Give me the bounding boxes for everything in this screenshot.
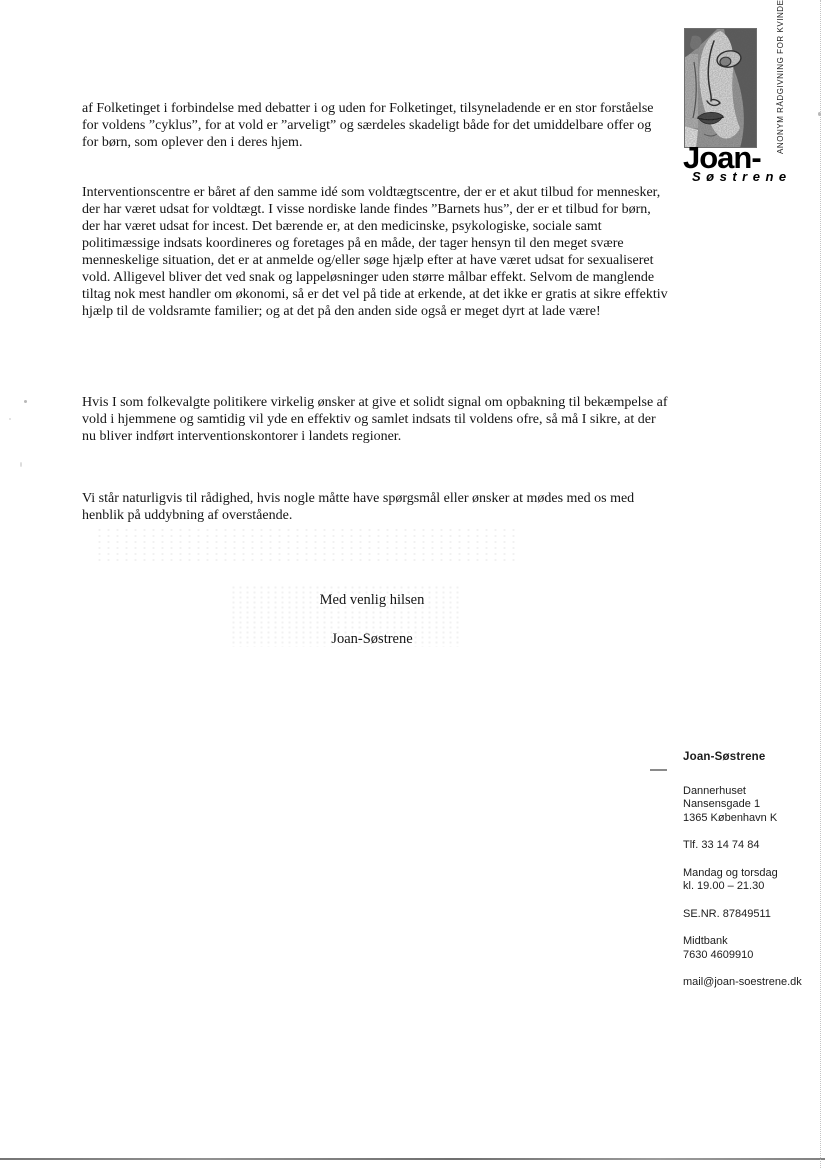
sidebar-address: Dannerhuset Nansensgade 1 1365 København… <box>683 785 825 826</box>
letter-paragraph-3: Hvis I som folkevalgte politikere virkel… <box>82 394 668 445</box>
letter-closing: Med venlig hilsen <box>82 592 662 609</box>
address-line: 1365 København K <box>683 812 825 826</box>
sidebar-se-number: SE.NR. 87849511 <box>683 908 825 922</box>
contact-sidebar: Joan-Søstrene Dannerhuset Nansensgade 1 … <box>683 751 825 1004</box>
sidebar-email: mail@joan-soestrene.dk <box>683 976 825 990</box>
scan-speck <box>20 462 22 467</box>
address-line: Dannerhuset <box>683 785 825 799</box>
scanned-letter-page: af Folketinget i forbindelse med debatte… <box>0 0 825 1168</box>
phone-number: Tlf. 33 14 74 84 <box>683 839 825 853</box>
email-address: mail@joan-soestrene.dk <box>683 976 825 990</box>
sidebar-org-name: Joan-Søstrene <box>683 751 825 765</box>
letter-signature: Joan-Søstrene <box>82 631 662 648</box>
scan-speck <box>24 400 27 403</box>
sidebar-bank: Midtbank 7630 4609910 <box>683 935 825 962</box>
logo-brand-subname: Søstrene <box>692 169 792 184</box>
bank-account: 7630 4609910 <box>683 949 825 963</box>
sidebar-hours: Mandag og torsdag kl. 19.00 – 21.30 <box>683 867 825 894</box>
se-number: SE.NR. 87849511 <box>683 908 825 922</box>
scan-speck <box>9 418 11 420</box>
hours-line: kl. 19.00 – 21.30 <box>683 880 825 894</box>
scan-noise-patch <box>95 527 515 565</box>
hours-line: Mandag og torsdag <box>683 867 825 881</box>
letter-paragraph-2: Interventionscentre er båret af den samm… <box>82 184 668 320</box>
scan-artifact-bottom-line <box>0 1158 825 1160</box>
bank-name: Midtbank <box>683 935 825 949</box>
logo-tagline-vertical: ANONYM RÅDGIVNING FOR KVINDER <box>776 26 785 154</box>
scan-artifact-right-edge <box>820 0 821 1168</box>
letter-paragraph-1: af Folketinget i forbindelse med debatte… <box>82 100 668 151</box>
sidebar-marker-dash <box>650 769 667 771</box>
address-line: Nansensgade 1 <box>683 798 825 812</box>
woodcut-face-logo-icon <box>684 28 757 148</box>
sidebar-phone: Tlf. 33 14 74 84 <box>683 839 825 853</box>
letter-paragraph-4: Vi står naturligvis til rådighed, hvis n… <box>82 490 668 524</box>
